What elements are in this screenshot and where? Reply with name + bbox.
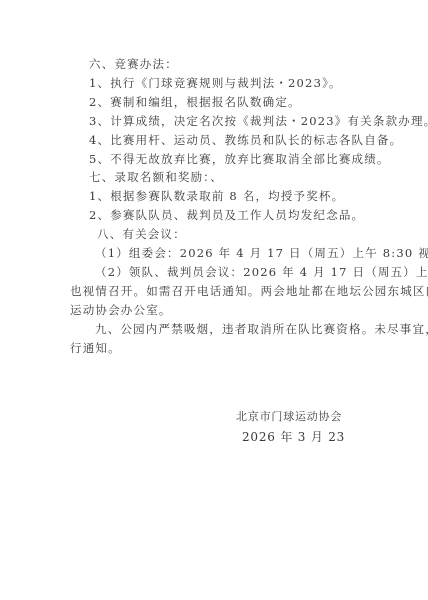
section-eight-item-2-cont-1: 也视情召开。如需召开电话通知。两会地址都在地坛公园东城区门球 [70, 284, 428, 298]
section-six-heading: 六、竞赛办法： [89, 57, 178, 71]
section-nine-text: 九、公园内严禁吸烟，违者取消所在队比赛资格。未尽事宜，另 [95, 322, 428, 336]
section-eight-item-2: （2）领队、裁判员会议：2026 年 4 月 17 日（周五）上午 9:30。 [95, 265, 428, 279]
section-six-item-5: 5、不得无故放弃比赛，放弃比赛取消全部比赛成绩。 [89, 152, 390, 166]
section-six-item-4: 4、比赛用杆、运动员、教练员和队长的标志各队自备。 [89, 133, 402, 147]
section-eight-item-2-cont-2: 运动协会办公室。 [70, 303, 172, 317]
signature-date: 2026 年 3 月 23 [242, 428, 345, 445]
document-page: 六、竞赛办法： 1、执行《门球竞赛规则与裁判法・2023》。 2、赛制和编组，根… [0, 0, 428, 600]
section-six-item-2: 2、赛制和编组，根据报名队数确定。 [89, 95, 301, 109]
section-six-item-3: 3、计算成绩，决定名次按《裁判法・2023》有关条款办理。 [89, 114, 428, 128]
section-seven-item-1: 1、根据参赛队数录取前 8 名，均授予奖杯。 [89, 189, 344, 203]
section-eight-heading: 八、有关会议： [97, 227, 186, 241]
section-eight-item-1: （1）组委会：2026 年 4 月 17 日（周五）上午 8:30 视情召开。 [95, 246, 428, 260]
section-seven-item-2: 2、参赛队队员、裁判员及工作人员均发纪念品。 [89, 208, 364, 222]
signature-organization: 北京市门球运动协会 [236, 408, 342, 424]
section-seven-heading: 七、录取名额和奖励：、 [89, 170, 223, 184]
section-six-item-1: 1、执行《门球竞赛规则与裁判法・2023》。 [89, 76, 342, 90]
section-nine-text-cont: 行通知。 [70, 341, 121, 355]
